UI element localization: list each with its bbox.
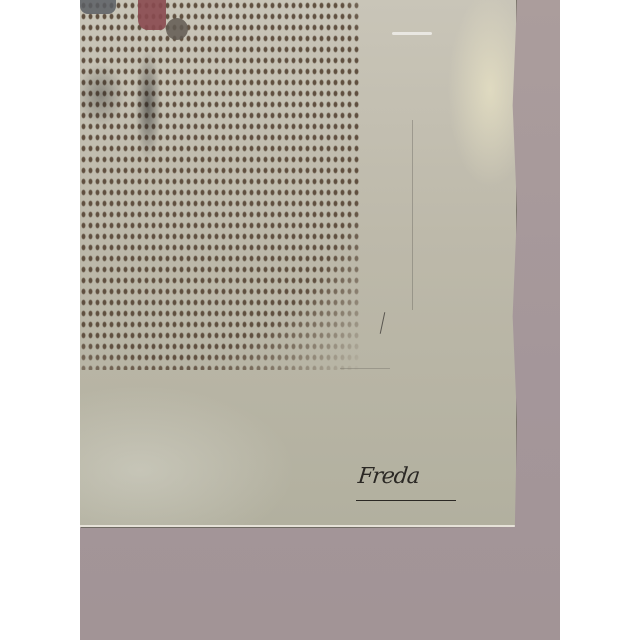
signature-underline bbox=[356, 500, 456, 501]
dark-stain bbox=[80, 0, 116, 14]
glass-glare bbox=[392, 32, 432, 35]
pencil-mark bbox=[380, 312, 386, 334]
ink-streak bbox=[128, 30, 168, 180]
artwork-paper: Freda bbox=[80, 0, 517, 527]
artist-signature: Freda bbox=[357, 464, 421, 489]
pencil-line bbox=[340, 368, 390, 369]
pencil-line bbox=[412, 120, 413, 310]
red-stain bbox=[138, 0, 166, 30]
artwork-photo: Freda bbox=[80, 0, 560, 640]
grey-stain bbox=[166, 18, 188, 40]
